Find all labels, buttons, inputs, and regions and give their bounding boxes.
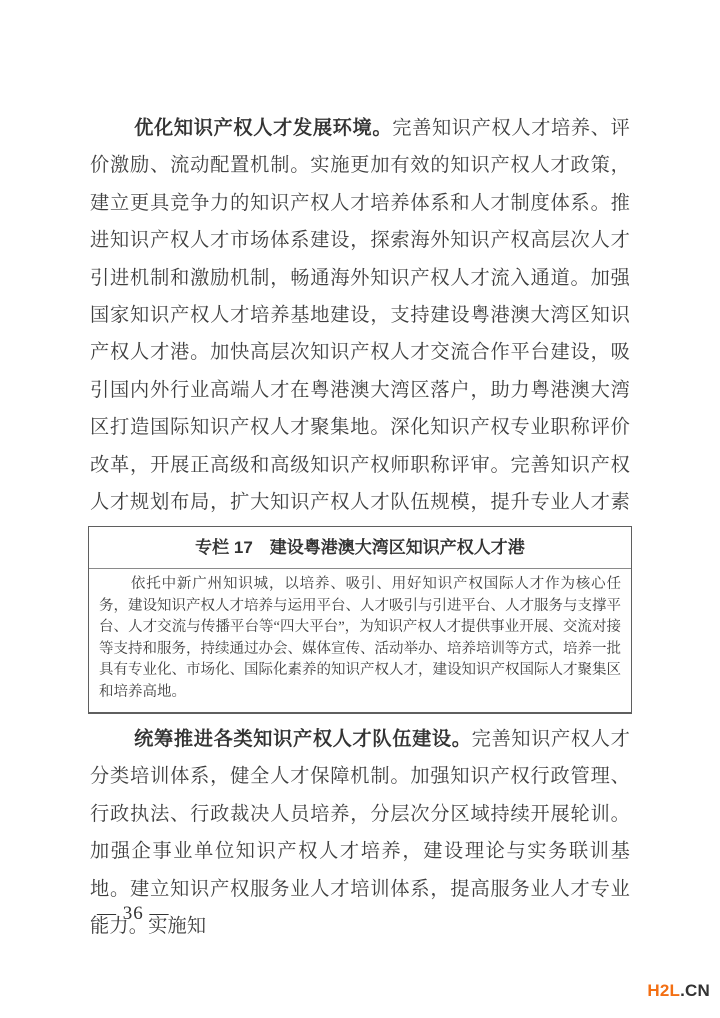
paragraph-body-text: 完善知识产权人才分类培训体系，健全人才保障机制。加强知识产权行政管理、行政执法、…	[90, 729, 630, 937]
watermark-suffix: .CN	[680, 981, 710, 1000]
page-number: — 36 —	[97, 903, 170, 925]
watermark-brand: H2L	[647, 981, 680, 1000]
paragraph-body-text: 完善知识产权人才培养、评价激励、流动配置机制。实施更加有效的知识产权人才政策，建…	[90, 118, 630, 550]
column-box-title: 专栏 17 建设粤港澳大湾区知识产权人才港	[89, 527, 631, 569]
site-watermark: H2L.CN	[647, 981, 710, 1001]
paragraph-optimize-talent-environment: 优化知识产权人才发展环境。完善知识产权人才培养、评价激励、流动配置机制。实施更加…	[90, 110, 630, 559]
document-page: 优化知识产权人才发展环境。完善知识产权人才培养、评价激励、流动配置机制。实施更加…	[0, 0, 720, 1018]
column-box-body: 依托中新广州知识城，以培养、吸引、用好知识产权国际人才作为核心任务，建设知识产权…	[89, 569, 631, 712]
column-box-17: 专栏 17 建设粤港澳大湾区知识产权人才港 依托中新广州知识城，以培养、吸引、用…	[88, 526, 632, 714]
paragraph-coordinate-talent-teams: 统筹推进各类知识产权人才队伍建设。完善知识产权人才分类培训体系，健全人才保障机制…	[90, 721, 630, 945]
paragraph-lead-bold: 优化知识产权人才发展环境。	[134, 118, 392, 139]
paragraph-lead-bold: 统筹推进各类知识产权人才队伍建设。	[134, 729, 471, 750]
